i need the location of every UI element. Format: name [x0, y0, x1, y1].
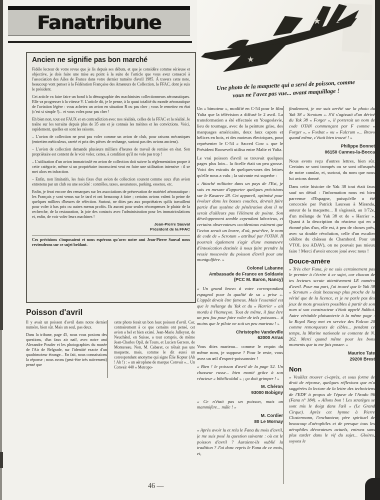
- reader-signature: M. Chéron 93000 Bobigny: [197, 384, 283, 396]
- letter-heading: Ancien ne signifie pas bon marché: [32, 57, 190, 64]
- poisson-heading: Poisson d'avril: [26, 308, 196, 317]
- scan-edge-right: [375, 0, 380, 500]
- paragraph: cette photo ferait un bon faux poisson d…: [114, 320, 195, 370]
- reader-quote: « Après avoir lu et relu le Fana du mois…: [197, 428, 283, 457]
- paragraph: Vous dites marteau... comme le requin du…: [197, 344, 283, 362]
- reader-quote: « Très cher Fana, je ne suis certainemen…: [289, 266, 375, 348]
- letter-paragraph: – L'avion de collection demande plusieur…: [32, 147, 190, 157]
- magazine-page: Fanatribune Ancien ne signifie pas bon m…: [0, 0, 380, 500]
- letters-columns: Un « bimoteur », modifié en C-54 pour le…: [197, 106, 375, 484]
- masthead-rule: [8, 41, 192, 43]
- scan-edge-left: [0, 0, 3, 330]
- fighter-jet-silhouette-icon: ★ ★: [197, 0, 375, 80]
- poisson-column-left: Il y avait un poisson d'avril dans notre…: [26, 320, 107, 378]
- paragraph: Le vrai poisson d'avril se trouvait quel…: [197, 155, 283, 178]
- reader-quote: « Bien ! le poisson d'avril de la page 5…: [197, 364, 283, 382]
- reader-signature: Christophe Vandeville 62000 Arras: [197, 329, 283, 341]
- section-heading: Douce-amère: [289, 257, 375, 265]
- scan-mark-bottom-left: [0, 452, 3, 468]
- star-marking-icon: ★: [247, 55, 254, 64]
- letter-paragraph: Eh bien non, tout est FAUX et en contrad…: [32, 117, 190, 132]
- paragraph: Nous avons reçu d'autres lettres, bien s…: [289, 158, 375, 181]
- letter-paragraph: Enfin, je ferai encore des remarques sur…: [32, 190, 190, 220]
- reader-signature: Colonel Labanne Ambassade de France en S…: [197, 265, 283, 283]
- letter-paragraph: Fidèle lecteur de votre revue que je lis…: [32, 67, 190, 92]
- letter-paragraph: – Enfin, non limitatifs, les frais fixes…: [32, 177, 190, 187]
- star-marking-icon: ★: [313, 16, 321, 26]
- magazine-title: Fanatribune: [37, 12, 161, 34]
- letter-signature: Jean-Pierre Sauval Président de la FFAC: [32, 222, 190, 232]
- letter-paragraph: – L'avion de collection ne peut pas vole…: [32, 135, 190, 145]
- editor-note: Ces précisions s'imposaient et nous espé…: [32, 238, 190, 248]
- poisson-column-right: cette photo ferait un bon faux poisson d…: [107, 320, 195, 378]
- paragraph: Un « bimoteur », modifié en C-54 pour le…: [197, 106, 283, 153]
- reader-signature: Maurice Tate 29200 Brest: [289, 351, 375, 363]
- letters-column-2: finalement, je me suis arrêté sur la pho…: [283, 106, 375, 484]
- reader-quote: « Attaché militaire dans un pays de l'Es…: [197, 181, 283, 263]
- paragraph: Dans la tribune, page 45, nous vous posi…: [26, 333, 107, 368]
- reader-letter-box: Ancien ne signifie pas bon marché Fidèle…: [26, 52, 196, 303]
- reader-quote: « Ce n'était pas un poisson, mais un mam…: [197, 399, 283, 411]
- letter-divider: [32, 235, 190, 236]
- letters-column-1: Un « bimoteur », modifié en C-54 pour le…: [197, 106, 283, 484]
- paragraph: Il y avait un poisson d'avril dans notre…: [26, 320, 107, 330]
- section-heading: Non: [289, 365, 375, 373]
- letter-body: Fidèle lecteur de votre revue que je lis…: [32, 67, 190, 297]
- model-aircraft-photo: ★ ★: [197, 0, 375, 80]
- paragraph: Dans cette histoire de Yak 38 tout était…: [289, 184, 375, 254]
- reader-quote: « Un grand bravo à votre correspondant e…: [197, 286, 283, 327]
- letter-paragraph: Cet article va faire faire un bond à la …: [32, 95, 190, 115]
- photo-caption: Une photo de la maquette qui a servi de …: [197, 78, 376, 102]
- reader-signature: Philippe Bonnet 06150 Cannes-la-Bocca: [289, 144, 375, 156]
- reader-quote: finalement, je me suis arrêté sur la pho…: [289, 106, 375, 141]
- page-number: 46 —: [148, 482, 164, 490]
- letter-paragraph: – L'utilisation d'un avion immatriculé e…: [32, 160, 190, 175]
- masthead-banner: Fanatribune: [8, 6, 190, 36]
- scan-edge-left-faded: [0, 330, 2, 500]
- reader-signature: M. Cordier 80 Le Mornay: [197, 413, 283, 425]
- poisson-davril-section: Poisson d'avril Il y avait un poisson d'…: [26, 308, 196, 378]
- reader-quote: « Veuillez trouver ci-après, et sous for…: [289, 374, 375, 444]
